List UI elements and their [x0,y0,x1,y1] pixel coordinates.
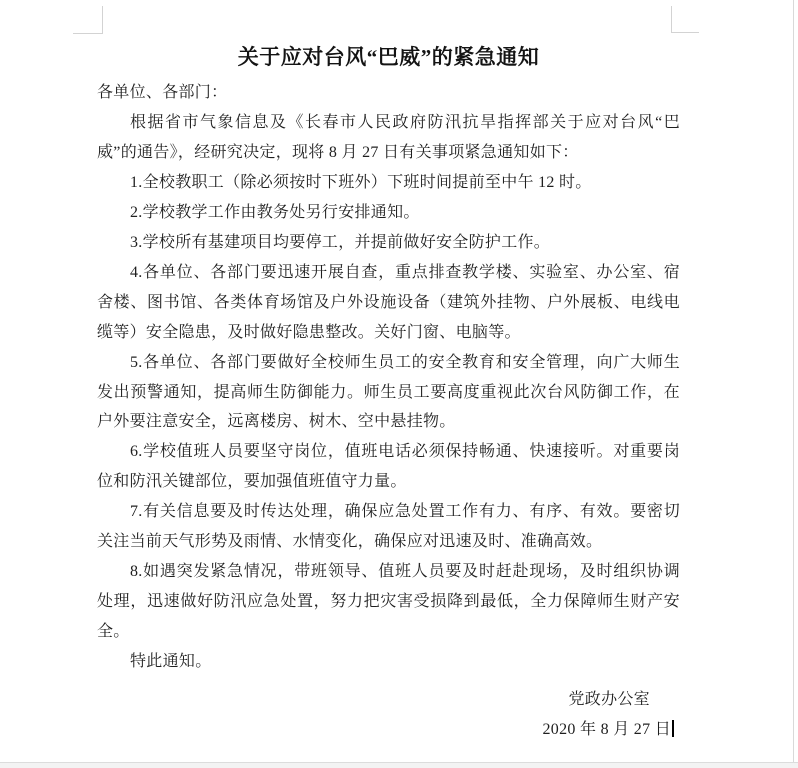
paragraph[interactable]: 1.全校教职工（除必须按时下班外）下班时间提前至中午 12 时。 [97,168,680,198]
paragraph[interactable]: 根据省市气象信息及《长春市人民政府防汛抗旱指挥部关于应对台风“巴威”的通告》，经… [97,108,680,168]
paragraph[interactable]: 5.各单位、各部门要做好全校师生员工的安全教育和安全管理，向广大师生发出预警通知… [97,348,680,438]
text-cursor [672,720,674,737]
document-page[interactable]: 关于应对台风“巴威”的紧急通知 各单位、各部门：根据省市气象信息及《长春市人民政… [97,42,680,745]
paragraph[interactable]: 4.各单位、各部门要迅速开展自查，重点排查教学楼、实验室、办公室、宿舍楼、图书馆… [97,258,680,348]
paragraph[interactable]: 各单位、各部门： [97,78,680,108]
paragraph[interactable]: 2.学校教学工作由教务处另行安排通知。 [97,198,680,228]
margin-crop-mark-top-right [671,6,699,33]
signature-date: 2020 年 8 月 27 日 [543,721,672,738]
signature-department[interactable]: 党政办公室 [97,685,680,715]
paragraph[interactable]: 3.学校所有基建项目均要停工，并提前做好安全防护工作。 [97,228,680,258]
document-body[interactable]: 各单位、各部门：根据省市气象信息及《长春市人民政府防汛抗旱指挥部关于应对台风“巴… [97,78,680,677]
paragraph[interactable]: 特此通知。 [97,647,680,677]
margin-crop-mark-top-left [73,6,103,34]
paragraph[interactable]: 8.如遇突发紧急情况，带班领导、值班人员要及时赶赴现场，及时组织协调处理，迅速做… [97,557,680,647]
outside-page-background [0,763,798,768]
page-right-edge [793,0,794,763]
paragraph[interactable]: 6.学校值班人员要坚守岗位，值班电话必须保持畅通、快速接听。对重要岗位和防汛关键… [97,437,680,497]
paragraph[interactable]: 7.有关信息要及时传达处理，确保应急处置工作有力、有序、有效。要密切关注当前天气… [97,497,680,557]
document-title: 关于应对台风“巴威”的紧急通知 [97,42,680,72]
signature-date-line[interactable]: 2020 年 8 月 27 日 [97,715,680,745]
